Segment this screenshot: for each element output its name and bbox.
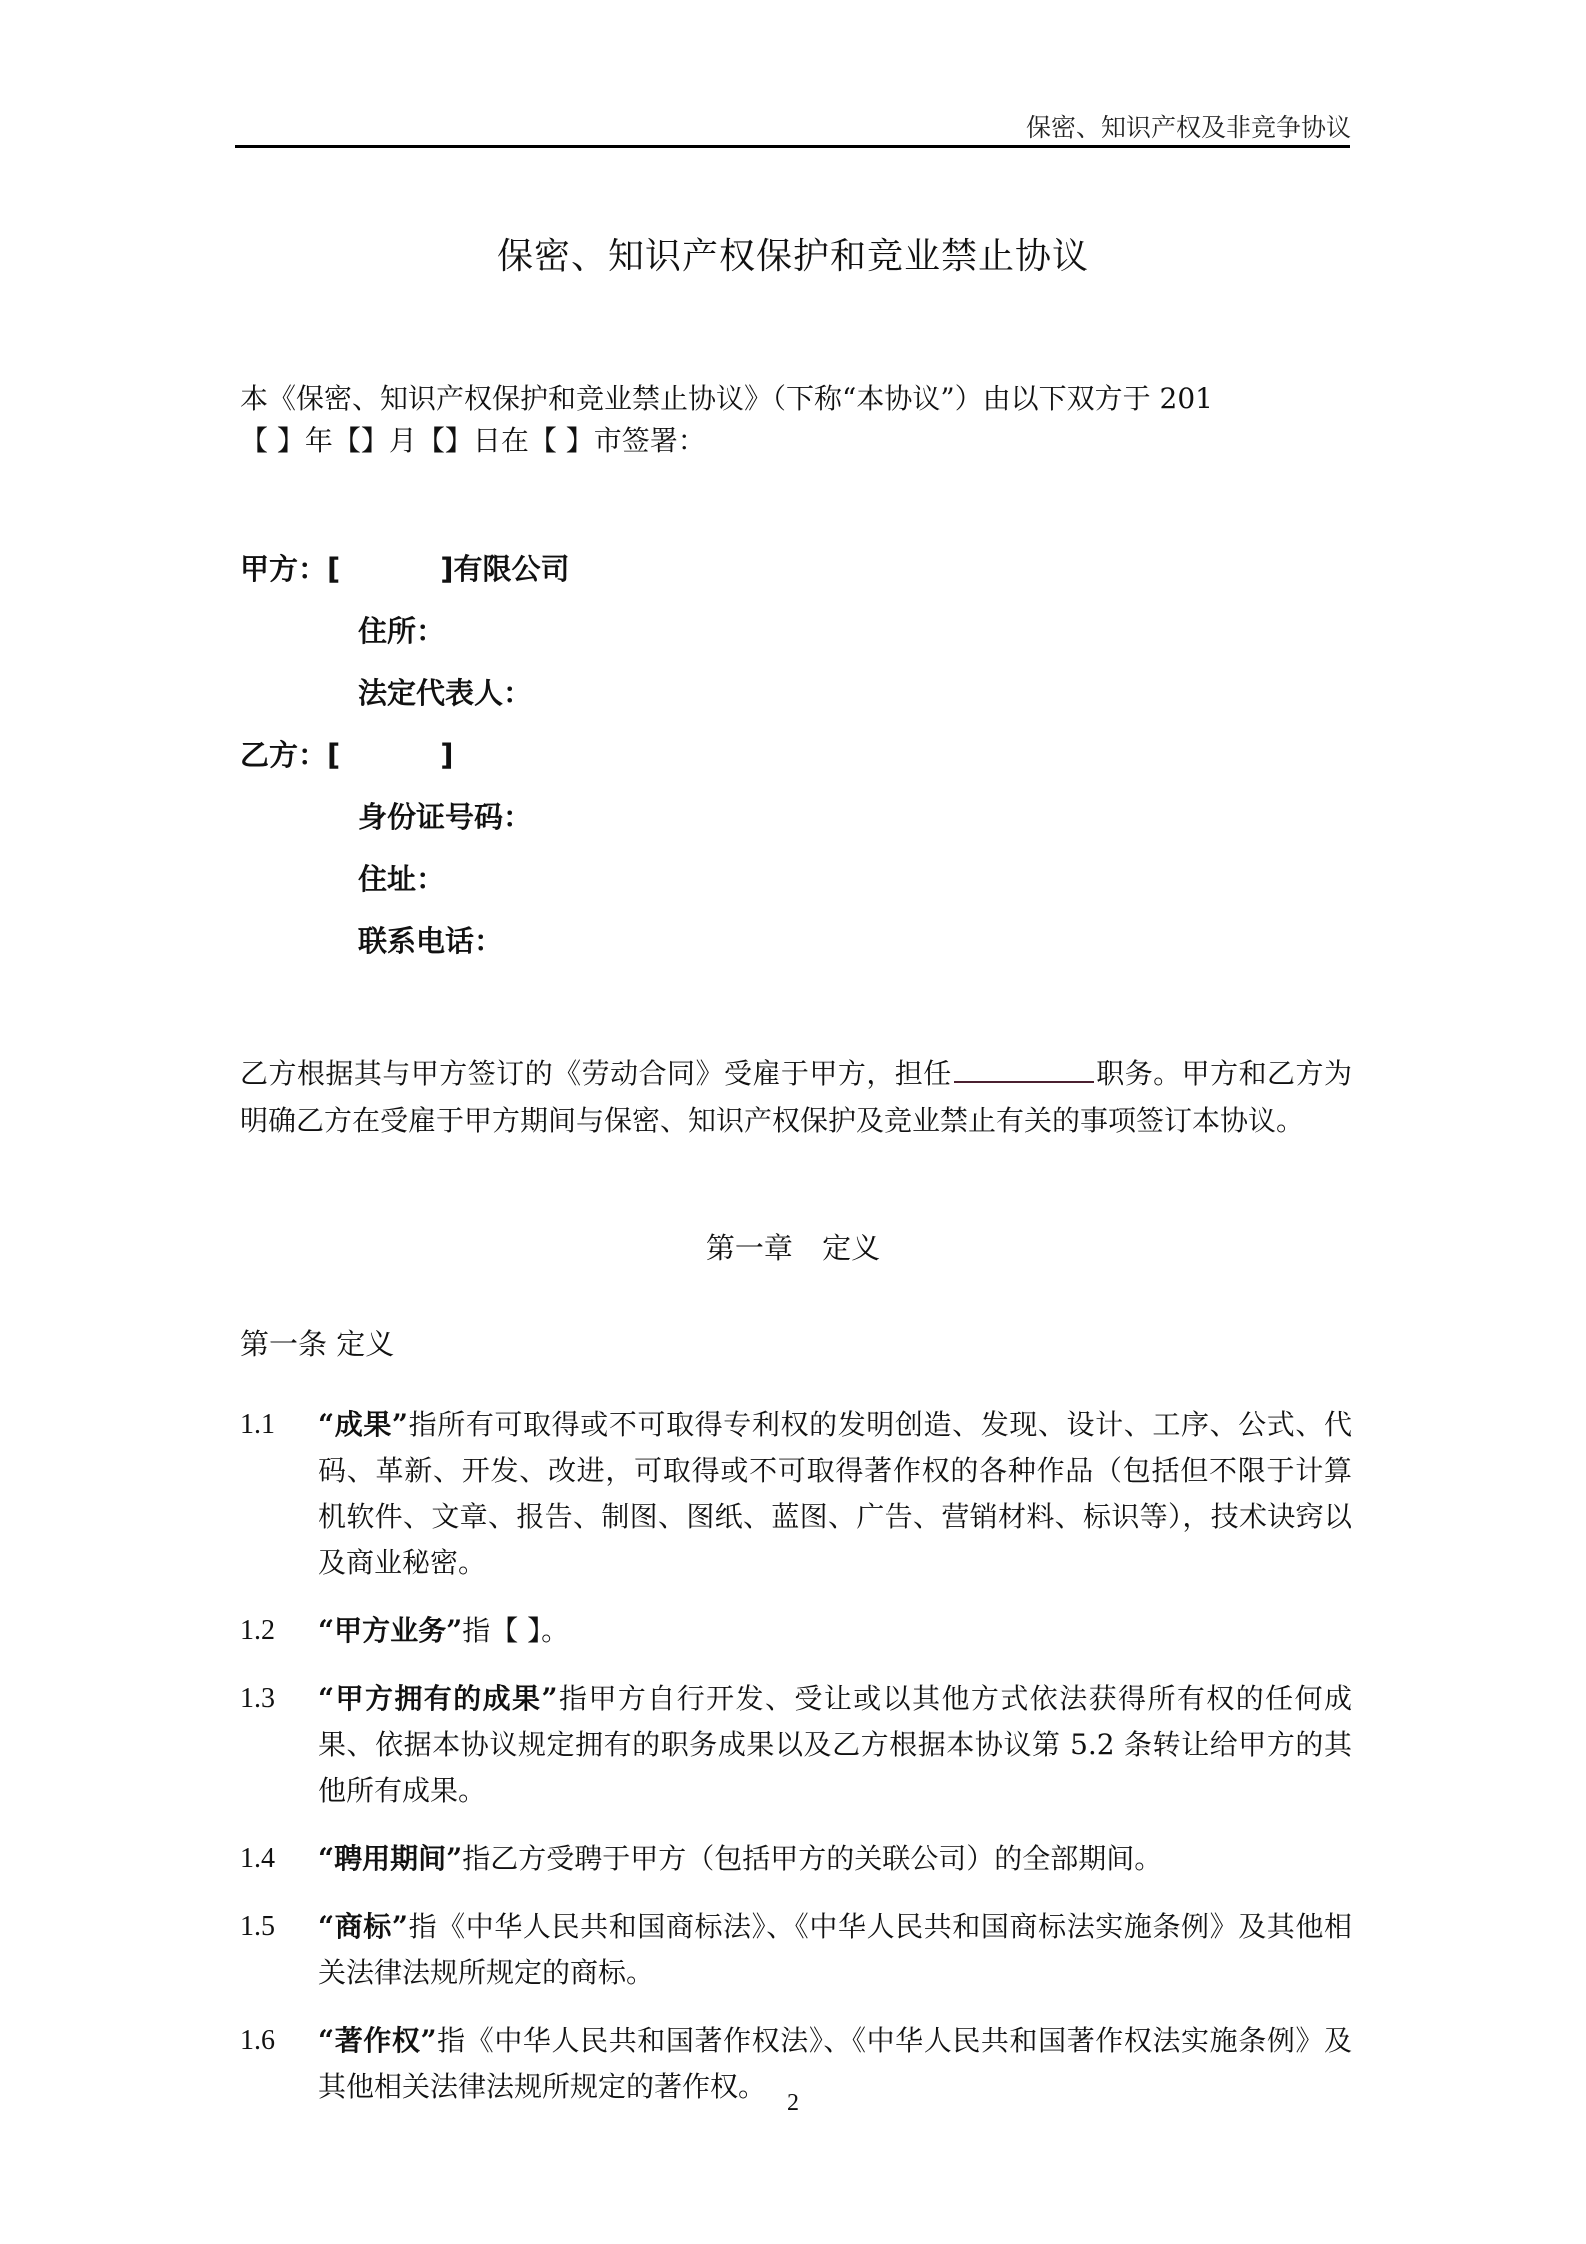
clause-term: “甲方业务”	[318, 1614, 462, 1647]
clause-item: 1.3 “甲方拥有的成果”指甲方自行开发、受让或以其他方式依法获得所有权的任何成…	[240, 1676, 1352, 1814]
parties-block: 甲方：[]有限公司 住所： 法定代表人： 乙方：[] 身份证号码： 住址： 联系…	[240, 548, 570, 982]
clause-item: 1.4 “聘用期间”指乙方受聘于甲方（包括甲方的关联公司）的全部期间。	[240, 1836, 1352, 1882]
clause-body: “商标”指《中华人民共和国商标法》、《中华人民共和国商标法实施条例》及其他相关法…	[318, 1904, 1352, 1996]
clause-term: “聘用期间”	[318, 1842, 462, 1875]
clause-number: 1.3	[240, 1676, 310, 1722]
header-rule	[235, 145, 1350, 148]
position-blank	[954, 1053, 1094, 1083]
clause-text: 指《中华人民共和国商标法》、《中华人民共和国商标法实施条例》及其他相关法律法规所…	[318, 1910, 1352, 1989]
clause-number: 1.2	[240, 1608, 310, 1654]
clause-text: 指所有可取得或不可取得专利权的发明创造、发现、设计、工序、公式、代码、革新、开发…	[318, 1408, 1352, 1579]
clause-term: “甲方拥有的成果”	[318, 1682, 558, 1715]
party-a-row: 甲方：[]有限公司	[240, 548, 570, 610]
clause-item: 1.1 “成果”指所有可取得或不可取得专利权的发明创造、发现、设计、工序、公式、…	[240, 1402, 1352, 1586]
clause-body: “聘用期间”指乙方受聘于甲方（包括甲方的关联公司）的全部期间。	[318, 1836, 1352, 1882]
intro-paragraph: 本《保密、知识产权保护和竞业禁止协议》（下称“本协议”）由以下双方于 201 【…	[240, 378, 1350, 462]
document-page: 保密、知识产权及非竞争协议 保密、知识产权保护和竞业禁止协议 本《保密、知识产权…	[0, 0, 1586, 2244]
clause-text: 指【 】。	[462, 1614, 569, 1647]
clause-number: 1.1	[240, 1402, 310, 1448]
running-header: 保密、知识产权及非竞争协议	[1026, 108, 1351, 144]
clause-number: 1.6	[240, 2018, 310, 2064]
definitions-list: 1.1 “成果”指所有可取得或不可取得专利权的发明创造、发现、设计、工序、公式、…	[240, 1402, 1352, 2132]
clause-number: 1.5	[240, 1904, 310, 1950]
clause-number: 1.4	[240, 1836, 310, 1882]
clause-term: “著作权”	[318, 2024, 437, 2057]
clause-item: 1.2 “甲方业务”指【 】。	[240, 1608, 1352, 1654]
document-title: 保密、知识产权保护和竞业禁止协议	[0, 228, 1586, 279]
party-b-suffix: ]	[440, 738, 453, 772]
clause-body: “成果”指所有可取得或不可取得专利权的发明创造、发现、设计、工序、公式、代码、革…	[318, 1402, 1352, 1586]
clause-body: “甲方业务”指【 】。	[318, 1608, 1352, 1654]
party-b-id-label: 身份证号码：	[240, 796, 570, 858]
party-b-row: 乙方：[]	[240, 734, 570, 796]
party-a-legal-rep-label: 法定代表人：	[240, 672, 570, 734]
intro-line-1: 本《保密、知识产权保护和竞业禁止协议》（下称“本协议”）由以下双方于 201	[240, 378, 1350, 420]
clause-item: 1.5 “商标”指《中华人民共和国商标法》、《中华人民共和国商标法实施条例》及其…	[240, 1904, 1352, 1996]
party-b-label: 乙方：[	[240, 738, 340, 772]
party-a-address-label: 住所：	[240, 610, 570, 672]
party-b-address-label: 住址：	[240, 858, 570, 920]
recital-text-before: 乙方根据其与甲方签订的《劳动合同》受雇于甲方，担任	[240, 1057, 952, 1090]
party-b-phone-label: 联系电话：	[240, 920, 570, 982]
intro-line-2: 【 】年【】月【】日在【 】市签署：	[240, 420, 1350, 462]
clause-term: “成果”	[318, 1408, 408, 1441]
clause-body: “甲方拥有的成果”指甲方自行开发、受让或以其他方式依法获得所有权的任何成果、依据…	[318, 1676, 1352, 1814]
page-number: 2	[0, 2090, 1586, 2117]
clause-text: 指乙方受聘于甲方（包括甲方的关联公司）的全部期间。	[462, 1842, 1162, 1875]
recital-paragraph: 乙方根据其与甲方签订的《劳动合同》受雇于甲方，担任职务。甲方和乙方为明确乙方在受…	[240, 1050, 1352, 1144]
clause-term: “商标”	[318, 1910, 408, 1943]
chapter-heading: 第一章 定义	[0, 1226, 1586, 1267]
party-a-suffix: ]有限公司	[440, 552, 569, 586]
party-a-label: 甲方：[	[240, 552, 340, 586]
article-heading: 第一条 定义	[240, 1322, 394, 1363]
